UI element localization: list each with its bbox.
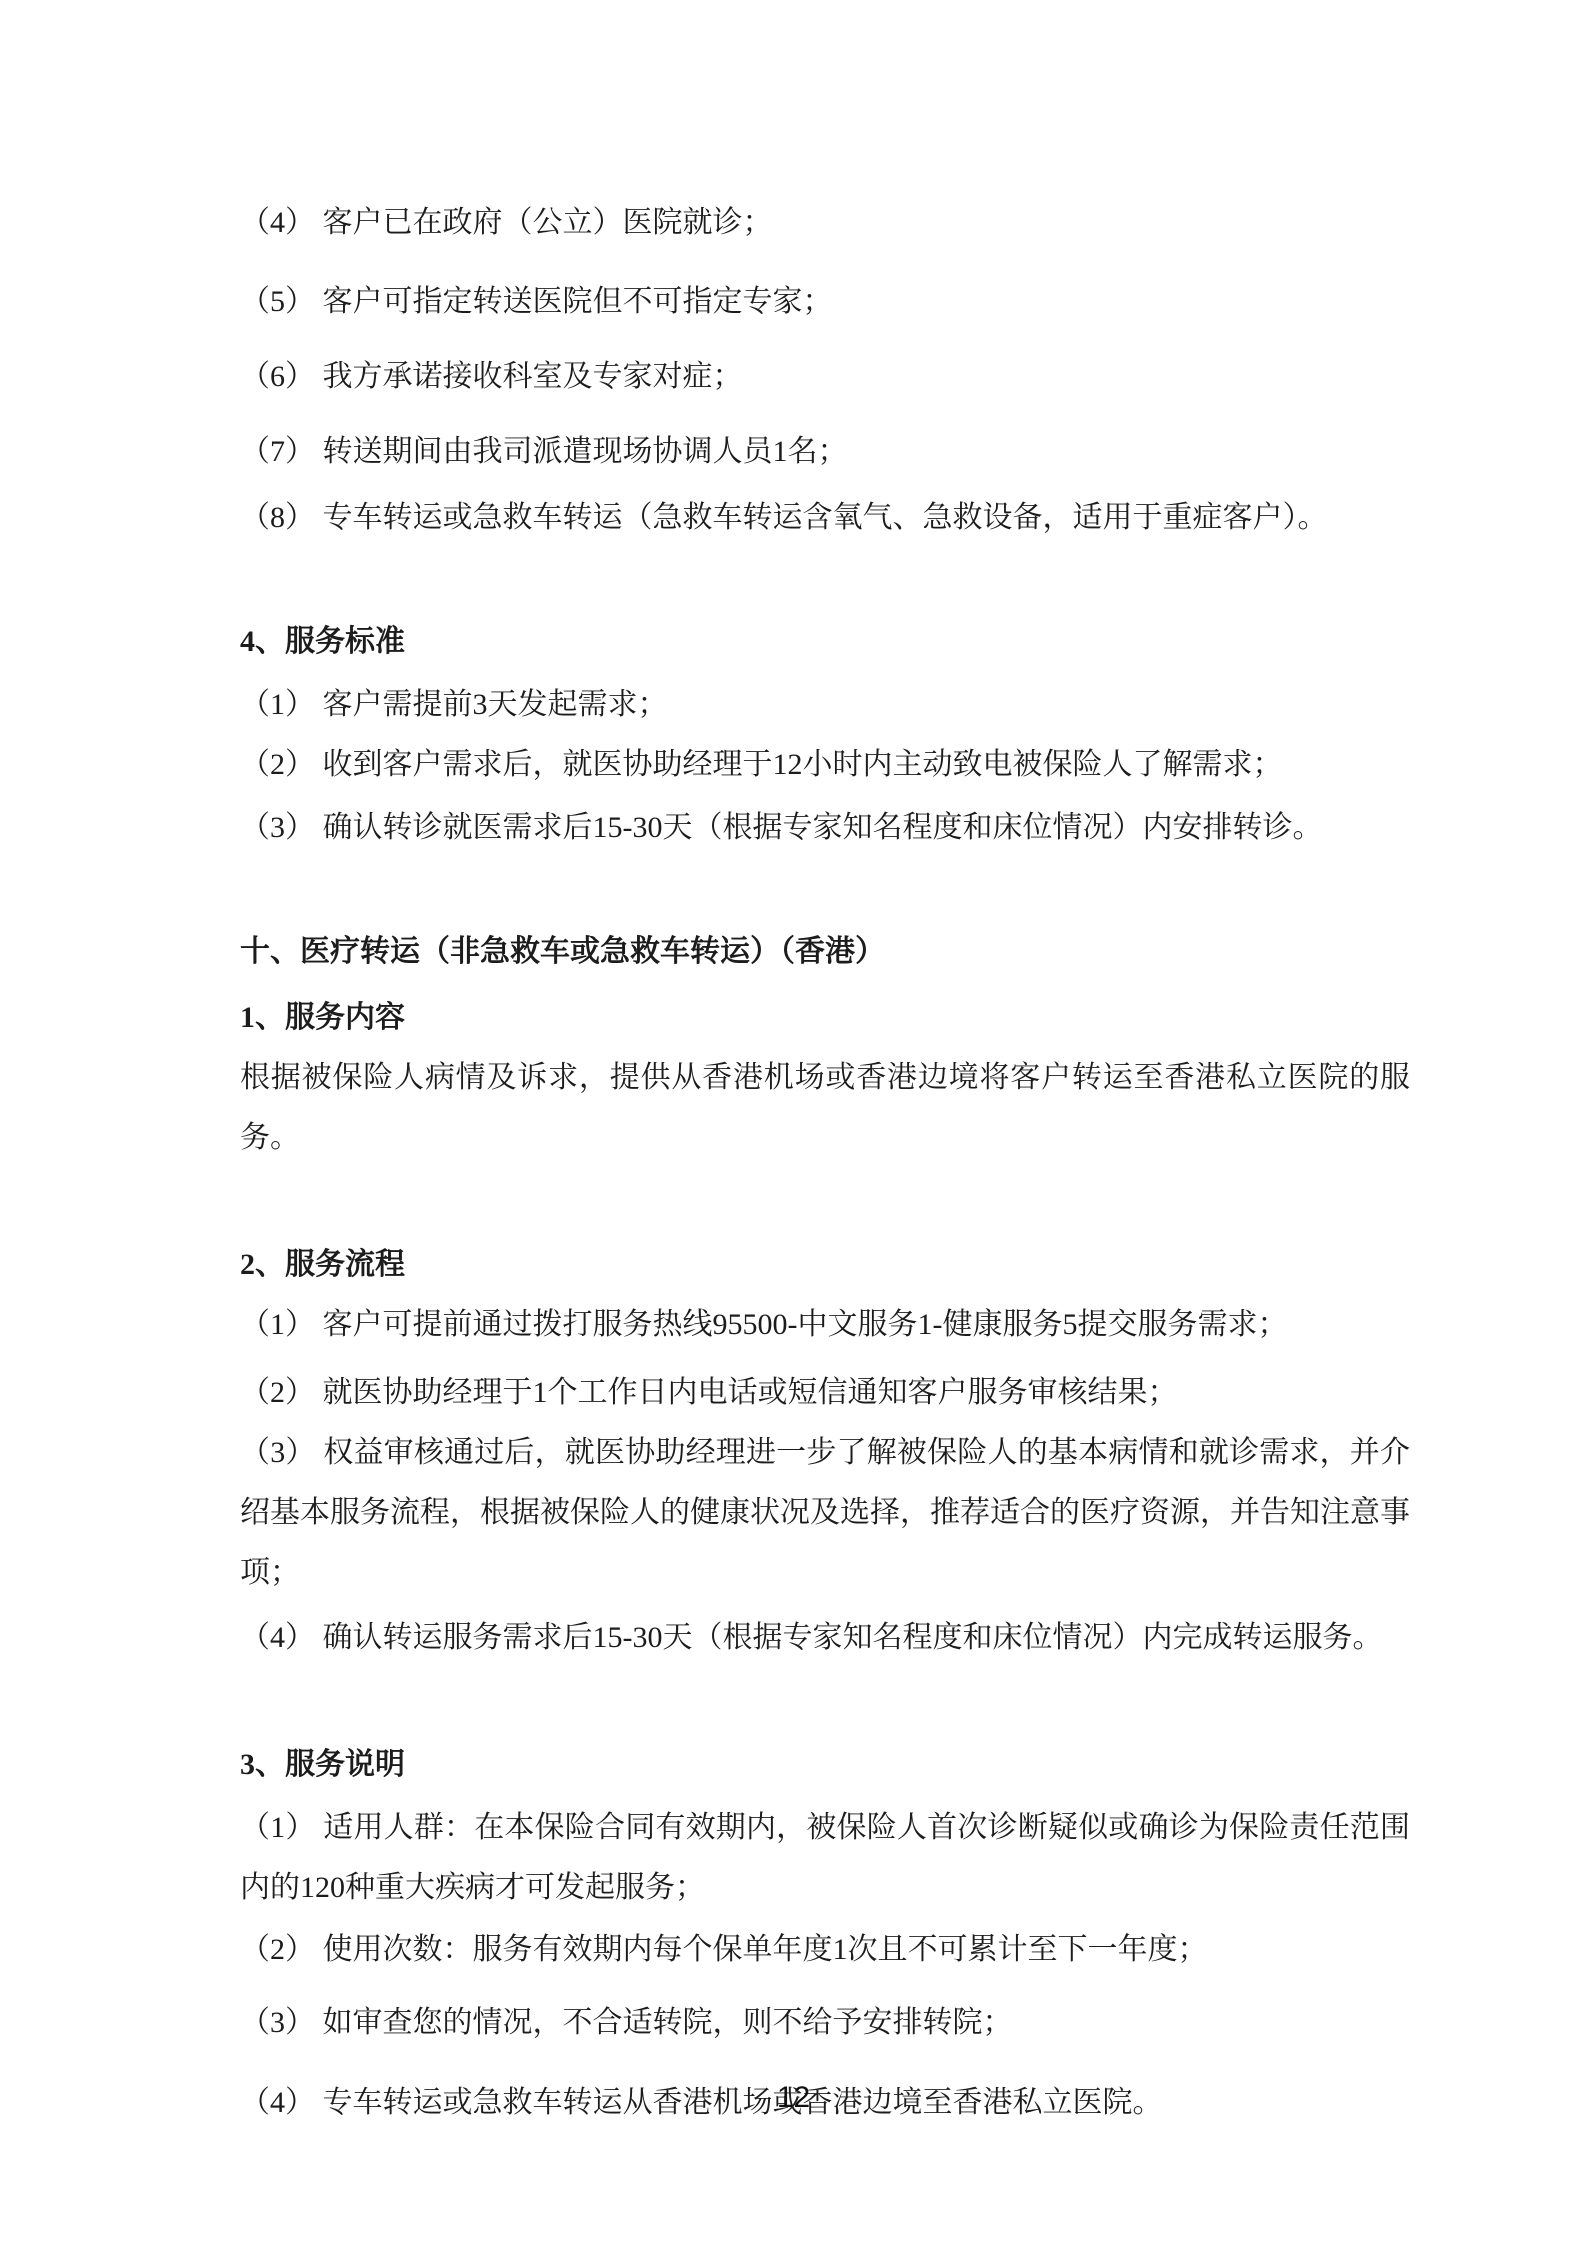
list-item: （3） 权益审核通过后，就医协助经理进一步了解被保险人的基本病情和就诊需求，并介… xyxy=(240,1423,1410,1603)
chapter-heading-medical-transfer: 十、医疗转运（非急救车或急救车转运）（香港） xyxy=(240,922,1410,982)
list-item: （4） 客户已在政府（公立）医院就诊； xyxy=(240,193,1410,253)
list-item: （3） 确认转诊就医需求后15-30天（根据专家知名程度和床位情况）内安排转诊。 xyxy=(240,798,1410,858)
list-item: （8） 专车转运或急救车转运（急救车转运含氧气、急救设备，适用于重症客户）。 xyxy=(240,488,1410,548)
list-item: （2） 收到客户需求后，就医协助经理于12小时内主动致电被保险人了解需求； xyxy=(240,735,1410,795)
section-heading-service-notes: 3、服务说明 xyxy=(240,1735,1410,1795)
list-item: （4） 确认转运服务需求后15-30天（根据专家知名程度和床位情况）内完成转运服… xyxy=(240,1608,1410,1668)
body-paragraph: 根据被保险人病情及诉求，提供从香港机场或香港边境将客户转运至香港私立医院的服务。 xyxy=(240,1048,1410,1168)
list-item: （2） 就医协助经理于1个工作日内电话或短信通知客户服务审核结果； xyxy=(240,1363,1410,1423)
section-heading-service-standard: 4、服务标准 xyxy=(240,612,1410,672)
section-heading-service-process: 2、服务流程 xyxy=(240,1235,1410,1295)
list-item: （2） 使用次数：服务有效期内每个保单年度1次且不可累计至下一年度； xyxy=(240,1920,1410,1980)
list-item: （7） 转送期间由我司派遣现场协调人员1名； xyxy=(240,422,1410,482)
document-page: （4） 客户已在政府（公立）医院就诊； （5） 客户可指定转送医院但不可指定专家… xyxy=(0,0,1587,2245)
list-item: （1） 客户需提前3天发起需求； xyxy=(240,675,1410,735)
list-item: （6） 我方承诺接收科室及专家对症； xyxy=(240,347,1410,407)
list-item: （5） 客户可指定转送医院但不可指定专家； xyxy=(240,272,1410,332)
page-number: 12 xyxy=(0,2082,1587,2114)
list-item: （1） 客户可提前通过拨打服务热线95500-中文服务1-健康服务5提交服务需求… xyxy=(240,1295,1410,1355)
document-body: （4） 客户已在政府（公立）医院就诊； （5） 客户可指定转送医院但不可指定专家… xyxy=(240,0,1410,2133)
section-heading-service-content: 1、服务内容 xyxy=(240,988,1410,1048)
list-item: （3） 如审查您的情况，不合适转院，则不给予安排转院； xyxy=(240,1993,1410,2053)
list-item: （1） 适用人群：在本保险合同有效期内，被保险人首次诊断疑似或确诊为保险责任范围… xyxy=(240,1798,1410,1918)
